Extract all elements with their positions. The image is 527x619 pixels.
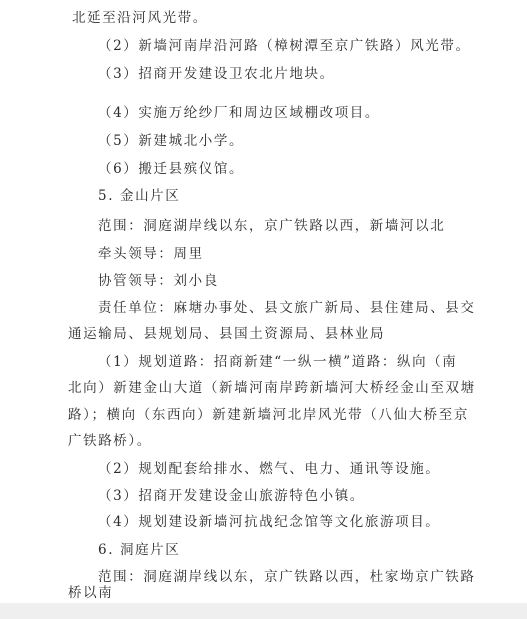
list-item: （2）规划配套给排水、燃气、电力、通讯等设施。	[98, 461, 440, 477]
scope-text: 范围：洞庭湖岸线以东，京广铁路以西，新墙河以北	[98, 218, 445, 234]
responsible-units-text: 责任单位：麻塘办事处、县文旅广新局、县住建局、县交	[98, 300, 476, 316]
scope-text: 范围：洞庭湖岸线以东，京广铁路以西，杜家坳京广铁路	[98, 569, 476, 585]
list-item: （6）搬迁县殡仪馆。	[98, 161, 244, 177]
text-line: 北延至沿河风光带。	[72, 10, 208, 26]
list-item-cont: 北向）新建金山大道（新墙河南岸跨新墙河大桥经金山至双塘	[68, 380, 476, 396]
document-page: 北延至沿河风光带。 （2）新墙河南岸沿河路（樟树潭至京广铁路）风光带。 （3）招…	[0, 0, 527, 603]
list-item: （4）规划建设新墙河抗战纪念馆等文化旅游项目。	[98, 514, 440, 530]
list-item: （1）规划道路：招商新建“一纵一横”道路：纵向（南	[98, 354, 457, 370]
list-item: （3）招商开发建设卫农北片地块。	[98, 66, 335, 82]
page-bottom-edge	[0, 603, 527, 619]
responsible-units-text-cont: 通运输局、县规划局、县国土资源局、县林业局	[68, 326, 385, 342]
scope-text-cont: 桥以南	[68, 585, 113, 601]
list-item: （2）新墙河南岸沿河路（樟树潭至京广铁路）风光带。	[98, 38, 471, 54]
list-item: （4）实施万纶纱厂和周边区域棚改项目。	[98, 105, 380, 121]
section-heading: 6. 洞庭片区	[98, 542, 180, 558]
list-item: （3）招商开发建设金山旅游特色小镇。	[98, 488, 365, 504]
list-item-cont: 路）；横向（东西向）新建新墙河北岸风光带（八仙大桥至京	[68, 407, 469, 423]
list-item: （5）新建城北小学。	[98, 133, 244, 149]
list-item-cont: 广铁路桥）。	[68, 433, 152, 449]
section-heading: 5. 金山片区	[98, 188, 180, 204]
lead-leader-text: 牵头领导：周里	[98, 246, 204, 262]
assist-leader-text: 协管领导：刘小良	[98, 273, 219, 289]
